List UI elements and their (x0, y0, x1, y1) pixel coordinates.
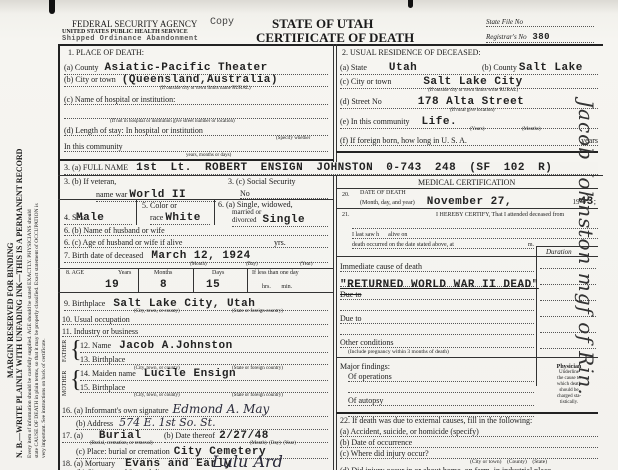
sex-field[interactable]: 4. Sex Male (64, 212, 132, 225)
divider (336, 188, 598, 189)
date-of-death-value: November 27, (427, 196, 512, 208)
res-city-value: Salt Lake City (423, 76, 522, 88)
attended-from-field[interactable] (352, 222, 598, 229)
industry-field[interactable]: 11. Industry or business (62, 327, 328, 337)
months-hint: (Months) (522, 127, 541, 132)
divider (58, 268, 334, 269)
divider (336, 151, 598, 153)
res-state-value: Utah (389, 62, 417, 74)
years-hint: (Years) (470, 127, 485, 132)
birth-date-value: March 12, 1924 (151, 250, 250, 262)
column-divider (333, 44, 334, 470)
father-birthplace-field[interactable]: 13. Birthplace (80, 355, 328, 365)
mother-tag: MOTHER (62, 371, 68, 396)
birthplace-field[interactable]: 9. Birthplace Salt Lake City, Utah (64, 298, 328, 311)
divider (58, 292, 334, 293)
spouse-name-field[interactable]: 6. (b) Name of husband or wife (64, 226, 328, 236)
immediate-cause-line[interactable]: "RETURNED WORLD WAR II DEAD" (340, 274, 534, 287)
registrar-label: Registrar's No 380 (486, 32, 594, 43)
other-conditions-field[interactable]: Other conditions (340, 338, 534, 348)
city-value: (Queensland,Australia) (122, 74, 278, 86)
res-city-hint: (If outside city or town limits write RU… (428, 88, 518, 93)
external-causes-heading: 22. If death was due to external causes,… (340, 416, 532, 425)
father-name-value: Jacob A.Johnston (119, 340, 233, 352)
frame-top (58, 44, 603, 46)
community-field[interactable]: In this community (64, 142, 328, 152)
handwritten-side-note: Jacob Johnston mgf of Rin. (574, 100, 598, 396)
state-file-label: State File No (486, 18, 594, 27)
death-certificate: FEDERAL SECURITY AGENCY Copy UNITED STAT… (0, 0, 618, 470)
ssn-field[interactable]: No (240, 189, 328, 199)
divider (336, 412, 598, 414)
ssn-label: 3. (c) Social Security (228, 177, 296, 186)
margin-instruction-1: Every item of information should be care… (27, 209, 33, 458)
full-name-value: 1st Lt. ROBERT ENSIGN JOHNSTON 0-743 248… (136, 162, 552, 174)
age-years-value: 19 (105, 279, 119, 291)
res-street-hint: (If rural give location) (450, 108, 495, 113)
age-label: 8. AGE (66, 270, 84, 276)
divider (336, 208, 598, 209)
community-hint: years, months or days) (186, 153, 231, 158)
autopsy-field[interactable]: Of autopsy (348, 396, 534, 406)
burial-date-field[interactable]: (b) Date thereof 2/27/48 (164, 430, 328, 443)
full-name-field[interactable]: 3. (a) FULL NAME 1st Lt. ROBERT ENSIGN J… (64, 162, 598, 175)
res-state-field[interactable]: (a) State Utah (340, 62, 480, 75)
divider (193, 268, 194, 292)
residence-heading: 2. USUAL RESIDENCE OF DECEASED: (342, 48, 481, 57)
due-to-field-1[interactable]: Due to (340, 290, 534, 300)
margin-instruction-3: very important. See instructions on back… (41, 338, 47, 458)
ink-smudge (408, 0, 413, 8)
veteran-label: 3. (b) If veteran, (64, 177, 116, 186)
res-community-field[interactable]: (e) In this community Life. (340, 116, 598, 129)
age-months-value: 8 (160, 279, 167, 291)
sex-value: Male (76, 212, 104, 224)
operations-line-2[interactable] (348, 386, 534, 393)
injury-place-label: (d) Did injury occur in or about home, o… (340, 466, 551, 470)
funeral-director-signature: Lulu Ard (212, 452, 283, 470)
place-of-death-heading: 1. PLACE OF DEATH: (68, 48, 144, 57)
divider (136, 199, 137, 225)
res-county-field[interactable]: (b) County Salt Lake (482, 62, 598, 75)
informant-address-field[interactable]: (b) Address 574 E. 1st So. St. (76, 416, 328, 430)
margin-instruction-2: state CAUSE OF DEATH in plain terms, so … (34, 203, 40, 458)
agency-name: FEDERAL SECURITY AGENCY (72, 19, 197, 29)
res-foreign-field[interactable]: (f) If foreign born, how long in U. S. A… (340, 136, 598, 146)
res-community-value: Life. (422, 116, 458, 128)
registrar-number: 380 (532, 32, 550, 42)
margin-reserved: MARGIN RESERVED FOR BINDING (6, 242, 15, 378)
hospital-hint: (If not in hospital or institution give … (110, 119, 235, 124)
operations-field[interactable]: Of operations (348, 372, 534, 382)
medical-certification-heading: MEDICAL CERTIFICATION (418, 178, 515, 187)
father-tag: FATHER (62, 340, 68, 362)
mother-name-value: Lucile Ensign (144, 368, 236, 380)
divider (336, 357, 598, 358)
divider (58, 159, 334, 161)
informant-signature: Edmond A. May (173, 402, 270, 416)
shipped-note: Shipped Ordinance Abandonment (62, 35, 198, 43)
divider (214, 199, 215, 225)
margin-nb: N. B.—WRITE PLAINLY WITH UNFADING INK—TH… (15, 149, 24, 458)
accident-field[interactable]: (a) Accident, suicide, or homicide (spec… (340, 427, 598, 437)
stay-field[interactable]: (d) Length of stay: In hospital or insti… (64, 126, 328, 136)
last-saw-field[interactable]: I last saw h alive on (352, 232, 598, 239)
mother-name-field[interactable]: 14. Maiden name Lucile Ensign (80, 368, 328, 381)
race-value: White (165, 212, 201, 224)
informant-address: 574 E. 1st So. St. (119, 416, 216, 429)
race-field[interactable]: race White (150, 212, 210, 225)
column-divider-2 (336, 44, 337, 470)
city-hint: (If outside city or town limits name RUR… (160, 86, 251, 91)
occupation-field[interactable]: 10. Usual occupation (62, 315, 328, 325)
res-county-value: Salt Lake (519, 62, 583, 74)
divider (58, 175, 603, 176)
age-days-value: 15 (206, 279, 220, 291)
death-time-field[interactable]: death occurred on the date stated above,… (352, 242, 534, 249)
father-name-field[interactable]: 12. Name Jacob A.Johnston (80, 340, 328, 353)
stay-hint: (Specify whether (276, 136, 310, 141)
res-street-value: 178 Alta Street (418, 96, 525, 108)
immediate-cause-field[interactable]: Immediate cause of death (340, 262, 534, 272)
occurrence-date-field[interactable]: (b) Date of occurrence (340, 438, 598, 448)
ink-smudge (49, 0, 55, 14)
mother-birthplace-field[interactable]: 15. Birthplace (80, 383, 328, 393)
duration-label: Duration (546, 248, 572, 256)
due-to-field-2[interactable]: Due to (340, 314, 534, 324)
frame-left (58, 44, 60, 470)
divider (247, 268, 248, 292)
race-label: 5. Color or (142, 201, 177, 210)
duration-column-divider (536, 246, 537, 386)
due-to-line-1b[interactable] (340, 304, 534, 311)
hospital-field-line2[interactable] (64, 110, 328, 119)
injury-location-field[interactable]: (c) Where did injury occur? (340, 449, 598, 459)
spouse-age-field[interactable]: 6. (c) Age of husband or wife if alive y… (64, 238, 328, 248)
informant-signature-field[interactable]: 16. (a) Informant's own signature Edmond… (62, 402, 328, 417)
copy-stamp: Copy (210, 17, 234, 28)
due-to-line-2b[interactable] (340, 328, 534, 335)
county-value: Asiatic-Pacific Theater (104, 62, 267, 74)
divider (138, 268, 139, 292)
hospital-field[interactable]: (c) Name of hospital or institution: (64, 95, 328, 105)
marital-value: Single (263, 214, 306, 226)
divider (336, 256, 598, 257)
